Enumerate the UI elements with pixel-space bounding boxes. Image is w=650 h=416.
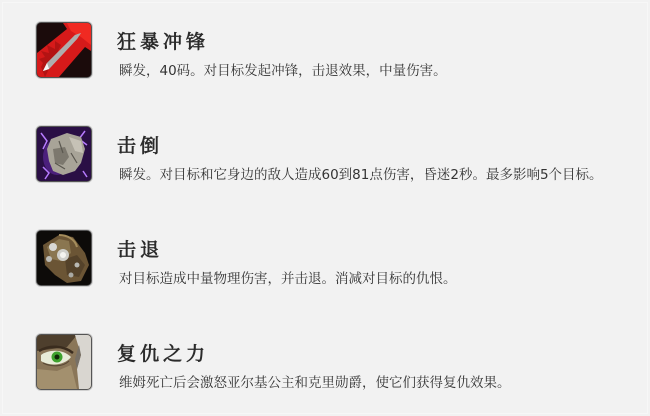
vengeful-eye-icon: [37, 335, 91, 389]
ability-title: 击倒: [117, 131, 163, 158]
ability-title: 复仇之力: [117, 339, 209, 366]
ability-description: 对目标造成中量物理伤害，并击退。消减对目标的仇恨。: [119, 270, 609, 289]
charge-sword-icon: [37, 23, 91, 77]
ability-description: 瞬发，40码。对目标发起冲锋，击退效果，中量伤害。: [119, 62, 609, 81]
ability-description: 维姆死亡后会激怒亚尔基公主和克里勋爵，使它们获得复仇效果。: [119, 374, 609, 393]
stone-fist-icon: [37, 127, 91, 181]
ability-description: 瞬发。对目标和它身边的敌人造成60到81点伤害，昏迷2秒。最多影响5个目标。: [119, 166, 609, 185]
ability-title: 狂暴冲锋: [117, 27, 209, 54]
ability-title: 击退: [117, 235, 163, 262]
gauntlet-icon: [37, 231, 91, 285]
